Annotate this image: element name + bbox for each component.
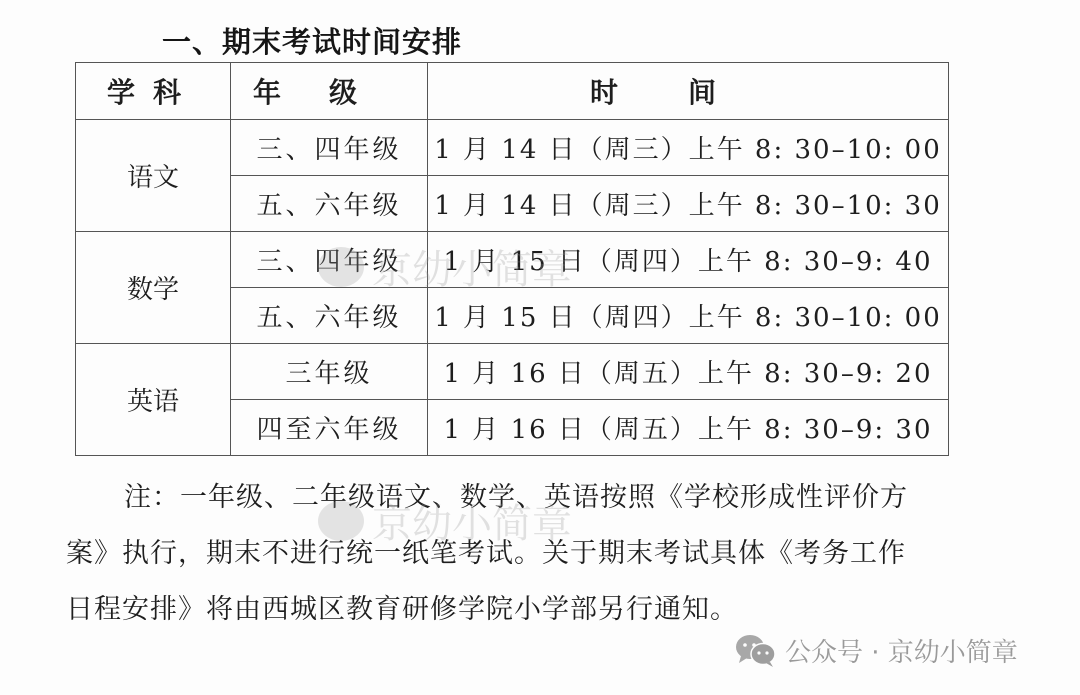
time-cell: 1 月 16 日（周五）上午 8: 30–9: 30 — [428, 400, 949, 456]
table-row: 语文 三、四年级 1 月 14 日（周三）上午 8: 30–10: 00 — [76, 120, 949, 176]
header-subject: 学科 — [76, 63, 231, 120]
footer-watermark: 公众号 · 京幼小简章 — [735, 632, 1018, 669]
exam-schedule-table: 学科 年级 时间 语文 三、四年级 1 月 14 日（周三）上午 8: 30–1… — [75, 62, 949, 456]
note-paragraph: 注：一年级、二年级语文、数学、英语按照《学校形成性评价方案》执行，期末不进行统一… — [66, 470, 926, 638]
grade-cell: 三年级 — [231, 344, 428, 400]
grade-cell: 五、六年级 — [231, 176, 428, 232]
grade-cell: 三、四年级 — [231, 232, 428, 288]
table-row: 英语 三年级 1 月 16 日（周五）上午 8: 30–9: 20 — [76, 344, 949, 400]
table-header-row: 学科 年级 时间 — [76, 63, 949, 120]
header-grade: 年级 — [231, 63, 428, 120]
time-cell: 1 月 15 日（周四）上午 8: 30–10: 00 — [428, 288, 949, 344]
time-cell: 1 月 14 日（周三）上午 8: 30–10: 30 — [428, 176, 949, 232]
header-time: 时间 — [428, 63, 949, 120]
grade-cell: 四至六年级 — [231, 400, 428, 456]
subject-cell: 语文 — [76, 120, 231, 232]
subject-cell: 数学 — [76, 232, 231, 344]
subject-cell: 英语 — [76, 344, 231, 456]
table-row: 数学 三、四年级 1 月 15 日（周四）上午 8: 30–9: 40 — [76, 232, 949, 288]
grade-cell: 五、六年级 — [231, 288, 428, 344]
grade-cell: 三、四年级 — [231, 120, 428, 176]
time-cell: 1 月 15 日（周四）上午 8: 30–9: 40 — [428, 232, 949, 288]
section-title: 一、期末考试时间安排 — [162, 20, 462, 61]
time-cell: 1 月 16 日（周五）上午 8: 30–9: 20 — [428, 344, 949, 400]
wechat-icon — [735, 634, 777, 668]
footer-watermark-text: 公众号 · 京幼小简章 — [785, 632, 1018, 669]
time-cell: 1 月 14 日（周三）上午 8: 30–10: 00 — [428, 120, 949, 176]
